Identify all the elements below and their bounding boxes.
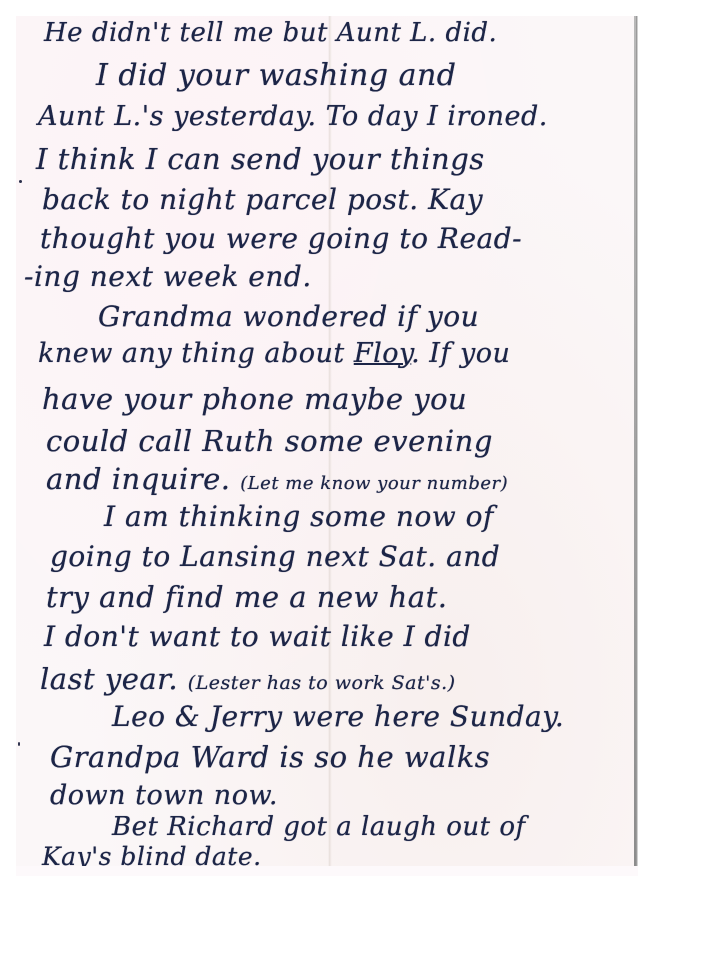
letter-line-21: Bet Richard got a laugh out of [112,812,526,842]
letter-line-5: back to night parcel post. Kay [42,183,483,216]
letter-line-12: and inquire. (Let me know your number) [46,462,508,496]
letter-line-10: have your phone maybe you [42,382,467,416]
letter-line-7: -ing next week end. [24,260,312,293]
letter-line-4: I think I can send your things [36,142,485,176]
aside-phone-number: (Let me know your number) [240,473,508,494]
letter-line-20: down town now. [50,780,278,811]
letter-line-22: Kay's blind date. [42,842,262,866]
line-9-text: knew any thing about [38,338,345,369]
letter-line-15: try and find me a new hat. [46,580,447,614]
letter-line-11: could call Ruth some evening [46,424,493,458]
line-12-text: and inquire. [46,462,230,496]
line-17-text: last year. [40,662,178,696]
letter-line-17: last year. (Lester has to work Sat's.) [40,662,456,696]
underlined-name-floy: Floy [354,338,411,369]
aside-lester: (Lester has to work Sat's.) [188,672,456,694]
line-9-after: . If you [411,338,510,369]
letter-line-9: knew any thing about Floy. If you [38,338,510,369]
letter-line-19: Grandpa Ward is so he walks [50,740,490,774]
letter-line-6: thought you were going to Read- [40,222,522,255]
letter-line-1: He didn't tell me but Aunt L. did. [44,18,497,48]
margin-ink-speck [19,180,22,183]
margin-ink-speck [18,742,20,746]
letter-line-8: Grandma wondered if you [98,300,479,333]
letter-line-13: I am thinking some now of [104,500,494,533]
paper-bottom-edge [16,866,638,876]
letter-line-3: Aunt L.'s yesterday. To day I ironed. [38,101,548,132]
letter-line-2: I did your washing and [96,58,456,93]
letter-line-16: I don't want to wait like I did [44,620,471,653]
letter-line-18: Leo & Jerry were here Sunday. [112,700,564,733]
letter-page: He didn't tell me but Aunt L. did. I did… [16,16,636,866]
letter-line-14: going to Lansing next Sat. and [50,540,500,573]
